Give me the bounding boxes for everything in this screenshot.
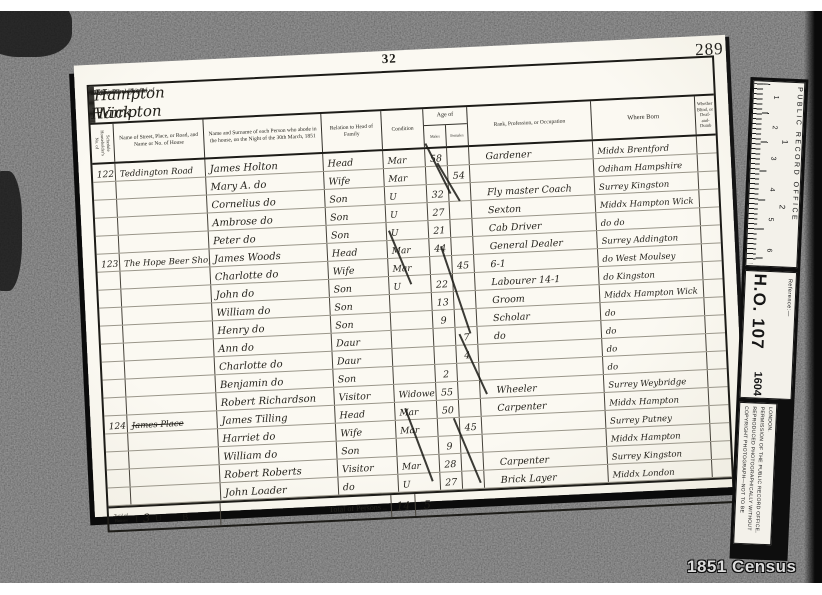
- census-form: Parish or Township of Hampton Ecclesiast…: [87, 55, 735, 532]
- cell-schedule: [94, 200, 117, 218]
- cell-relation: Visitor: [333, 385, 394, 405]
- cell-condition: [389, 293, 432, 312]
- uninhabited-label: U ___: [155, 512, 178, 523]
- cell-schedule: [96, 236, 119, 254]
- cell-age-female: [450, 237, 473, 255]
- cell-infirm: [698, 189, 719, 207]
- persons-female-total: 5: [414, 493, 439, 516]
- inhabited-value: 3: [143, 511, 151, 524]
- cm-number: 5: [767, 218, 774, 222]
- cell-infirm: [696, 135, 717, 153]
- cell-schedule: [107, 469, 130, 487]
- cell-condition: Mar: [397, 455, 440, 474]
- cell-infirm: [700, 225, 721, 243]
- cell-age-female: [449, 219, 472, 237]
- cell-schedule: [108, 487, 131, 505]
- cm-number: 6: [765, 248, 772, 252]
- cell-relation: Son: [328, 277, 389, 297]
- cell-age-male: [433, 346, 456, 364]
- houses-total-label: Total of Houses: [111, 513, 131, 524]
- building-label: B ___: [182, 510, 204, 521]
- cell-schedule: [99, 308, 122, 326]
- cell-relation: Son: [329, 295, 390, 315]
- cell-condition: U: [397, 473, 440, 492]
- cell-age-male: 50: [436, 400, 459, 418]
- cell-infirm: [708, 405, 729, 423]
- cell-condition: [391, 347, 434, 366]
- cell-relation: Son: [332, 367, 393, 387]
- inch-number: 1: [780, 140, 789, 145]
- cell-age-male: 13: [431, 292, 454, 310]
- field-value: Hampton Wick: [94, 87, 96, 123]
- cell-schedule: [102, 362, 125, 380]
- cell-infirm: [704, 315, 725, 333]
- cell-schedule: [95, 218, 118, 236]
- cell-age-female: 7: [454, 327, 477, 345]
- cell-relation: Visitor: [337, 457, 398, 477]
- inch-number: 2: [777, 204, 786, 209]
- cell-condition: Mar: [394, 401, 437, 420]
- cell-relation: Head: [334, 403, 395, 423]
- column-header-males: Males: [424, 125, 446, 147]
- column-header-condition: Condition: [380, 109, 424, 149]
- cell-relation: Son: [324, 187, 385, 207]
- cell-age-male: 28: [438, 454, 461, 472]
- ruler-reference: Reference:— H.O. 107 1604: [740, 270, 798, 400]
- reference-label: Reference:—: [785, 279, 793, 317]
- film-blemish: [0, 171, 22, 291]
- cell-infirm: [711, 459, 732, 477]
- cell-infirm: [706, 351, 727, 369]
- column-header-name: Name and Surname of each Person who abod…: [202, 114, 322, 158]
- cm-number: 2: [771, 126, 778, 130]
- cell-age-female: 54: [447, 165, 470, 183]
- film-blemish: [0, 11, 72, 57]
- cell-condition: Widower: [393, 383, 436, 402]
- cell-schedule: [98, 290, 121, 308]
- cell-relation: Son: [325, 205, 386, 225]
- column-header-age: Age of Males Females: [422, 107, 468, 147]
- copyright-notice: COPYRIGHT PHOTOGRAPH—NOT TO BE REPRODUCE…: [733, 402, 777, 546]
- cell-relation: Son: [326, 223, 387, 243]
- cell-schedule: [103, 398, 126, 416]
- cell-condition: Mar: [383, 167, 426, 186]
- table-rows: 122 Teddington Road James Holton Head Ma…: [92, 135, 731, 506]
- cell-infirm: [707, 369, 728, 387]
- cell-schedule: 124: [104, 416, 127, 434]
- ruler-scale: 123456 12 PUBLIC RECORD OFFICE: [745, 80, 805, 268]
- cell-condition: U: [384, 185, 427, 204]
- cell-schedule: [103, 380, 126, 398]
- cell-age-female: [458, 399, 481, 417]
- cell-relation: Head: [326, 241, 387, 261]
- cell-relation: Daur: [331, 349, 392, 369]
- cell-age-male: 55: [435, 382, 458, 400]
- cell-infirm: [702, 261, 723, 279]
- column-header-occupation: Rank, Profession, or Occupation: [466, 101, 592, 145]
- cell-schedule: [105, 434, 128, 452]
- cell-relation: Head: [322, 151, 383, 171]
- cell-infirm: [703, 297, 724, 315]
- cell-infirm: [697, 171, 718, 189]
- column-header-relation: Relation to Head of Family: [320, 111, 382, 152]
- cell-infirm: [710, 441, 731, 459]
- cell-schedule: 122: [92, 164, 115, 182]
- cell-relation: do: [337, 475, 398, 495]
- cm-number: 4: [768, 187, 775, 191]
- piece-number: 1604: [751, 371, 764, 396]
- cell-schedule: [106, 451, 129, 469]
- cell-relation: Wife: [327, 259, 388, 279]
- column-header-schedule: No. of Householder's Schedule: [91, 124, 115, 163]
- cell-condition: [392, 365, 435, 384]
- cm-number: 3: [769, 157, 776, 161]
- cell-relation: Son: [336, 439, 397, 459]
- cell-age-male: 21: [427, 220, 450, 238]
- column-header-born: Where Born: [590, 96, 696, 139]
- column-header-females: Females: [445, 124, 468, 146]
- cell-infirm: [705, 333, 726, 351]
- cell-infirm: [703, 279, 724, 297]
- ho-reference: H.O. 107: [747, 273, 770, 350]
- cell-age-female: [457, 381, 480, 399]
- cell-relation: Wife: [335, 421, 396, 441]
- cell-condition: Mar: [382, 149, 425, 168]
- column-header-infirm: Whether Blind, or Deaf-and-Dumb: [694, 95, 716, 134]
- cell-infirm: [697, 153, 718, 171]
- cell-age-female: 45: [459, 417, 482, 435]
- cell-relation: Daur: [331, 331, 392, 351]
- cell-age-male: 27: [427, 202, 450, 220]
- cell-condition: U: [385, 203, 428, 222]
- cell-age-male: 27: [439, 472, 462, 490]
- cell-age-male: [433, 328, 456, 346]
- census-paper: 32 289 Parish or Township of Hampton Ecc…: [74, 35, 747, 517]
- cell-condition: [390, 311, 433, 330]
- cell-condition: Mar: [387, 257, 430, 276]
- houses-total: Total of Houses I 3 U ___ B ___: [109, 503, 222, 530]
- cell-age-male: 2: [434, 364, 457, 382]
- column-header-street: Name of Street, Place, or Road, and Name…: [113, 120, 205, 162]
- persons-male-total: 14: [390, 494, 415, 517]
- cell-infirm: [701, 243, 722, 261]
- cell-schedule: [101, 344, 124, 362]
- cell-schedule: [93, 182, 116, 200]
- cell-age-male: 9: [432, 310, 455, 328]
- cell-schedule: [97, 272, 120, 290]
- sheet-number: 32: [381, 50, 397, 67]
- cell-relation: Wife: [323, 169, 384, 189]
- cell-infirm: [699, 207, 720, 225]
- cell-relation: Son: [330, 313, 391, 333]
- cm-number: 1: [772, 95, 779, 99]
- cell-age-female: [449, 201, 472, 219]
- cell-age-male: 9: [438, 436, 461, 454]
- cell-age-female: [446, 147, 469, 165]
- inhabited-label: I: [135, 514, 138, 524]
- cell-schedule: [100, 326, 123, 344]
- cell-infirm: [708, 387, 729, 405]
- census-overlay-label: 1851 Census: [687, 557, 796, 577]
- cell-infirm: [709, 423, 730, 441]
- cell-schedule: 123: [97, 254, 120, 272]
- cell-condition: [391, 329, 434, 348]
- cell-age-female: 45: [451, 255, 474, 273]
